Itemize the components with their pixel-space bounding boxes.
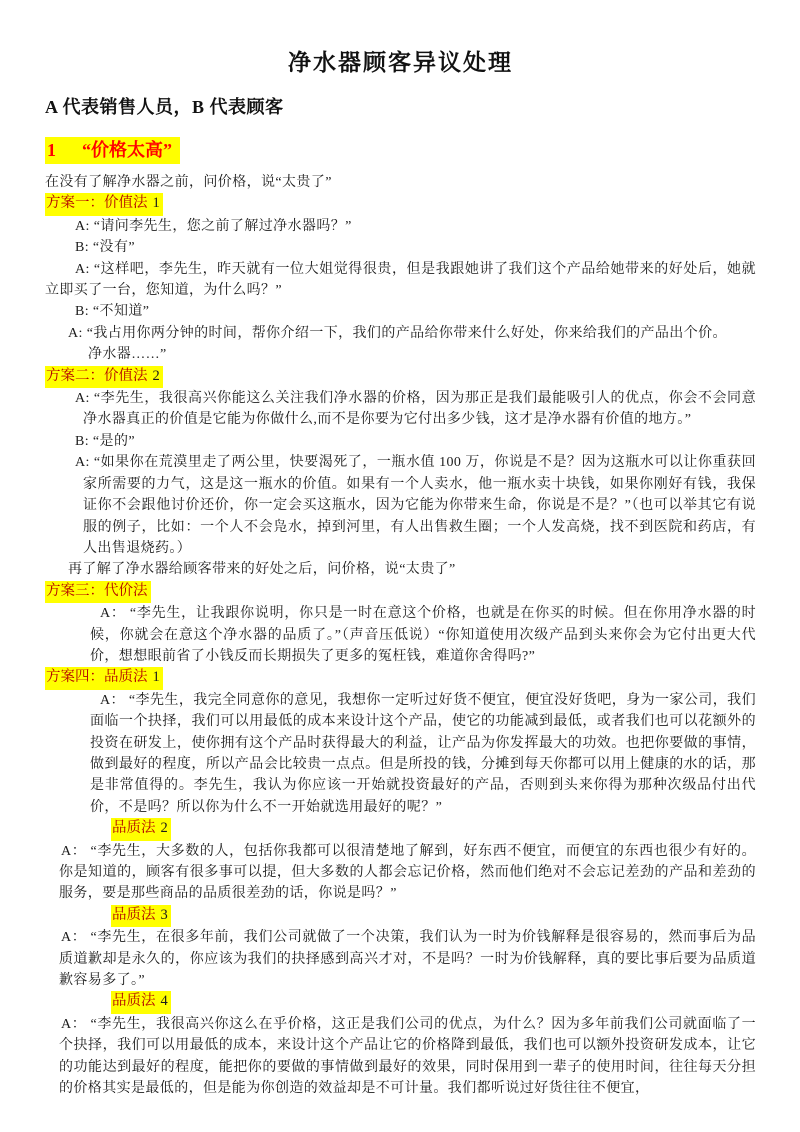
scheme-label-number: 3: [161, 907, 168, 923]
dialog-paragraph: A： “李先生，大多数的人，包括你我都可以很清楚地了解到，好东西不便宜，而便宜的…: [45, 841, 756, 905]
scheme-label-number: 2: [153, 368, 160, 384]
document-title: 净水器顾客异议处理: [45, 44, 756, 77]
scheme-label-text: 品质法: [112, 993, 156, 1009]
scheme-label-highlight: 品质法4: [111, 991, 171, 1013]
quality-method-label-2: 品质法2: [111, 818, 756, 840]
section-heading: 1“价格太高”: [45, 137, 756, 164]
scheme-label-2: 方案二：价值法2: [45, 366, 756, 388]
dialog-paragraph: A: “李先生，我很高兴你能这么关注我们净水器的价格，因为那正是我们最能吸引人的…: [45, 388, 756, 431]
scheme-label-highlight: 方案三：代价法: [45, 581, 151, 603]
document-page: 净水器顾客异议处理 A 代表销售人员，B 代表顾客 1“价格太高” 在没有了解净…: [0, 0, 800, 1099]
dialog-paragraph: A： “李先生，让我跟你说明，你只是一时在意这个价格，也就是在你买的时候。但在你…: [45, 603, 756, 667]
quality-method-label-3: 品质法3: [111, 905, 756, 927]
dialog-paragraph: A: “这样吧，李先生，昨天就有一位大姐觉得很贵，但是我跟她讲了我们这个产品给她…: [45, 259, 756, 302]
scheme-label-number: 1: [153, 669, 160, 685]
scheme-label-highlight: 方案二：价值法2: [45, 366, 163, 388]
scheme-label-text: 方案三：代价法: [46, 583, 148, 599]
dialog-paragraph: B: “不知道”: [45, 301, 756, 322]
scheme-label-text: 方案四：品质法: [46, 669, 148, 685]
scheme-label-number: 1: [153, 195, 160, 211]
dialog-paragraph: A： “李先生，我完全同意你的意见，我想你一定听过好货不便宜，便宜没好货吧，身为…: [45, 690, 756, 818]
dialog-paragraph: A: “如果你在荒漠里走了两公里，快要渴死了，一瓶水值 100 万，你说是不是？…: [45, 452, 756, 559]
dialog-paragraph: A: “我占用你两分钟的时间，帮你介绍一下，我们的产品给你带来什么好处，你来给我…: [45, 323, 756, 344]
scheme-label-number: 4: [161, 993, 168, 1009]
scheme-label-number: 2: [161, 820, 168, 836]
scheme-label-4: 方案四：品质法1: [45, 667, 756, 689]
note-paragraph: 再了解了净水器给顾客带来的好处之后，问价格，说“太贵了”: [45, 559, 756, 580]
dialog-paragraph: B: “是的”: [45, 431, 756, 452]
scheme-label-text: 品质法: [112, 820, 156, 836]
scheme-label-highlight: 品质法2: [111, 818, 171, 840]
scheme-label-3: 方案三：代价法: [45, 581, 756, 603]
scheme-label-highlight: 方案一：价值法1: [45, 193, 163, 215]
section-number: 1: [47, 140, 56, 160]
scheme-label-text: 方案一：价值法: [46, 195, 148, 211]
scheme-label-text: 方案二：价值法: [46, 368, 148, 384]
section-title: “价格太高”: [82, 140, 172, 160]
section-heading-highlight: 1“价格太高”: [45, 137, 180, 164]
scheme-label-1: 方案一：价值法1: [45, 193, 756, 215]
role-legend: A 代表销售人员，B 代表顾客: [45, 93, 756, 119]
dialog-paragraph: B: “没有”: [45, 237, 756, 258]
quality-method-label-4: 品质法4: [111, 991, 756, 1013]
intro-line: 在没有了解净水器之前，问价格，说“太贵了”: [45, 172, 756, 193]
scheme-label-text: 品质法: [112, 907, 156, 923]
scheme-label-highlight: 方案四：品质法1: [45, 667, 163, 689]
dialog-paragraph: 净水器……”: [45, 344, 756, 365]
dialog-paragraph: A: “请问李先生，您之前了解过净水器吗？”: [45, 216, 756, 237]
dialog-paragraph: A： “李先生，我很高兴你这么在乎价格，这正是我们公司的优点，为什么？因为多年前…: [45, 1014, 756, 1100]
dialog-paragraph: A： “李先生，在很多年前，我们公司就做了一个决策，我们认为一时为价钱解释是很容…: [45, 927, 756, 991]
scheme-label-highlight: 品质法3: [111, 905, 171, 927]
